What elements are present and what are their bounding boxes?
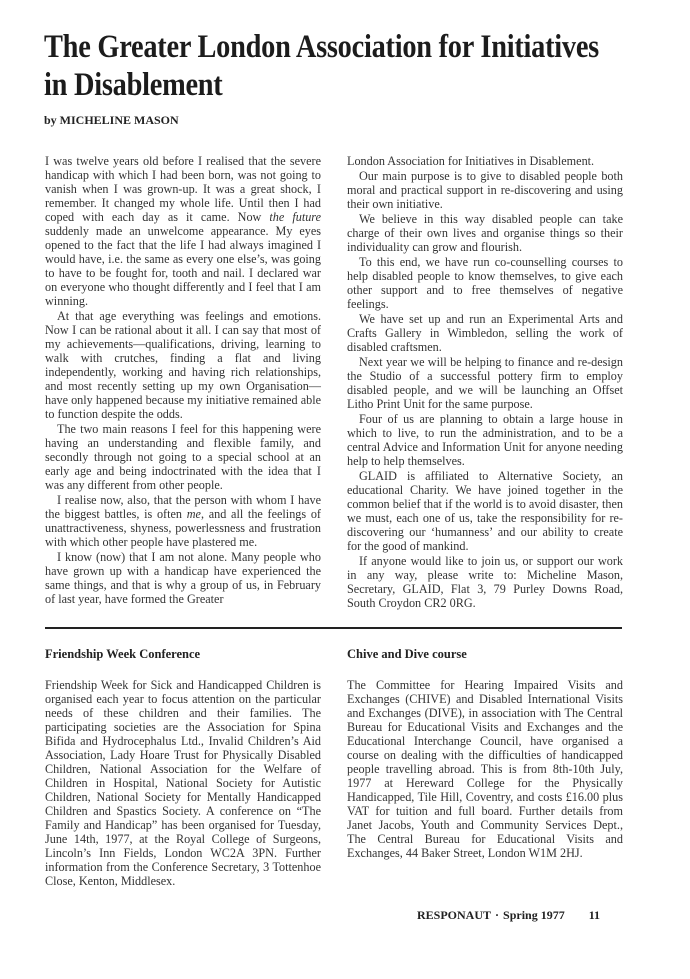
- article-paragraph: The two main reasons I feel for this hap…: [45, 422, 321, 492]
- emphasis-me: me: [187, 507, 201, 521]
- article-paragraph: I was twelve years old before I realised…: [45, 154, 321, 308]
- issue-label: Spring 1977: [503, 908, 565, 922]
- article-paragraph: We have set up and run an Experimental A…: [347, 312, 623, 354]
- page-footer: RESPONAUT·Spring 197711: [417, 908, 600, 923]
- article-paragraph: Four of us are planning to obtain a larg…: [347, 412, 623, 468]
- section-heading-friendship-week: Friendship Week Conference: [45, 647, 200, 662]
- article-paragraph: To this end, we have run co-counselling …: [347, 255, 623, 311]
- article-paragraph: I know (now) that I am not alone. Many p…: [45, 550, 321, 606]
- footer-separator: ·: [491, 908, 503, 922]
- article-paragraph: Our main purpose is to give to disabled …: [347, 169, 623, 211]
- publication-name: RESPONAUT: [417, 908, 491, 922]
- article-left-column: I was twelve years old before I realised…: [45, 154, 321, 607]
- article-paragraph: If anyone would like to join us, or supp…: [347, 554, 623, 610]
- chive-dive-column: The Committee for Hearing Impaired Visit…: [347, 678, 623, 861]
- article-paragraph: We believe in this way disabled people c…: [347, 212, 623, 254]
- magazine-page: The Greater London Association for Initi…: [0, 0, 690, 979]
- section-paragraph: The Committee for Hearing Impaired Visit…: [347, 678, 623, 860]
- friendship-week-column: Friendship Week for Sick and Handicapped…: [45, 678, 321, 889]
- section-heading-chive-dive: Chive and Dive course: [347, 647, 467, 662]
- section-divider: [45, 627, 622, 629]
- article-right-column: London Association for Initiatives in Di…: [347, 154, 623, 611]
- page-number: 11: [565, 908, 600, 922]
- article-paragraph: Next year we will be helping to finance …: [347, 355, 623, 411]
- article-paragraph: GLAID is affiliated to Alternative Socie…: [347, 469, 623, 553]
- emphasis-the-future: the future: [269, 210, 321, 224]
- article-paragraph: At that age everything was feelings and …: [45, 309, 321, 421]
- article-paragraph: London Association for Initiatives in Di…: [347, 154, 623, 168]
- article-byline: by MICHELINE MASON: [44, 113, 179, 128]
- article-paragraph: I realise now, also, that the person wit…: [45, 493, 321, 549]
- article-title: The Greater London Association for Initi…: [44, 28, 629, 104]
- section-paragraph: Friendship Week for Sick and Handicapped…: [45, 678, 321, 888]
